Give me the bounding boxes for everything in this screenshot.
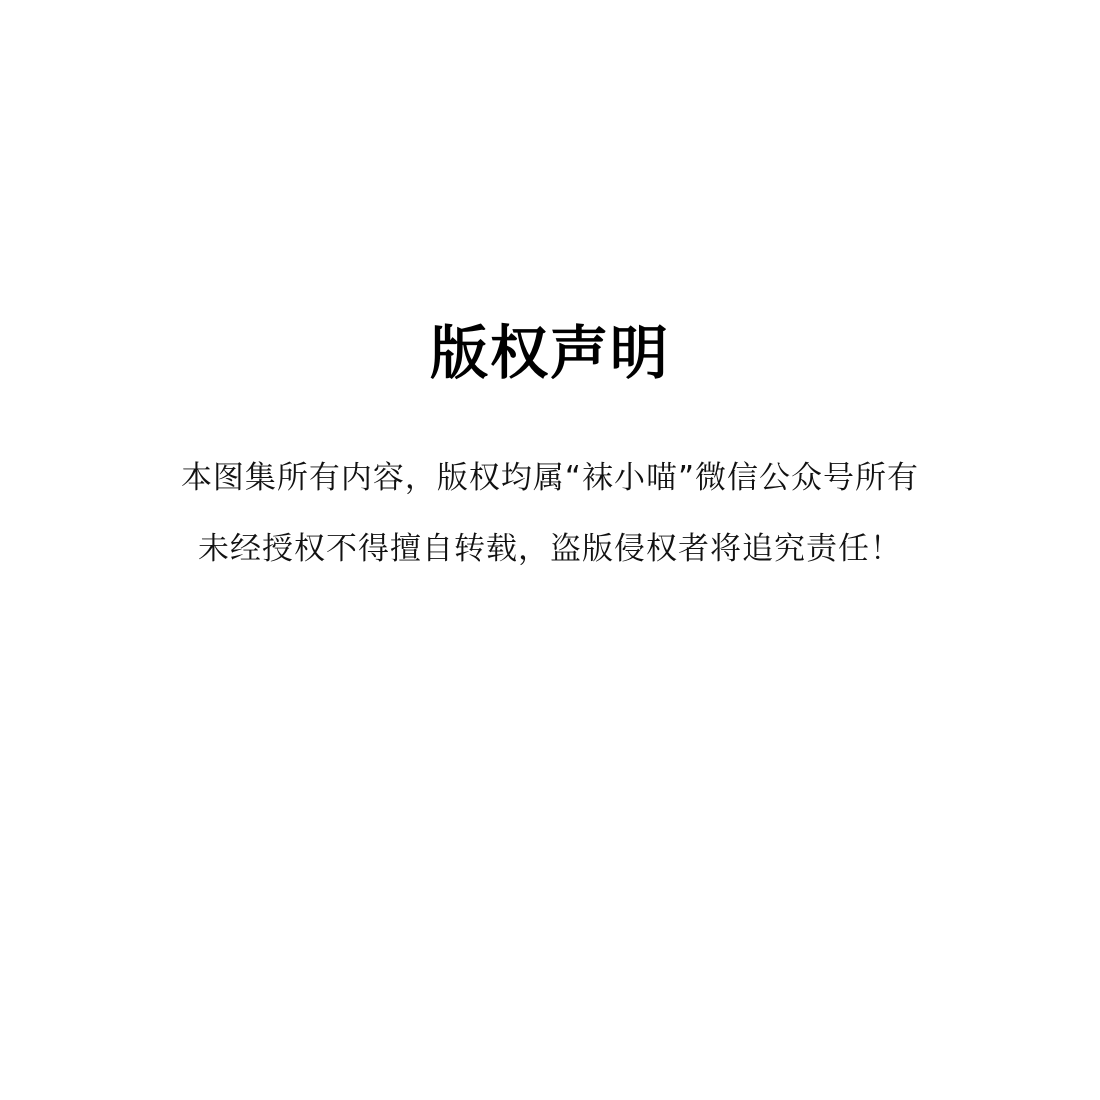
notice-title: 版权声明 — [0, 318, 1100, 388]
notice-ownership-statement: 本图集所有内容，版权均属“袜小喵”微信公众号所有 — [0, 456, 1100, 500]
notice-reprint-warning: 未经授权不得擅自转载，盗版侵权者将追究责任！ — [0, 527, 1100, 571]
copyright-notice: 版权声明 本图集所有内容，版权均属“袜小喵”微信公众号所有 未经授权不得擅自转载… — [0, 0, 1100, 1100]
